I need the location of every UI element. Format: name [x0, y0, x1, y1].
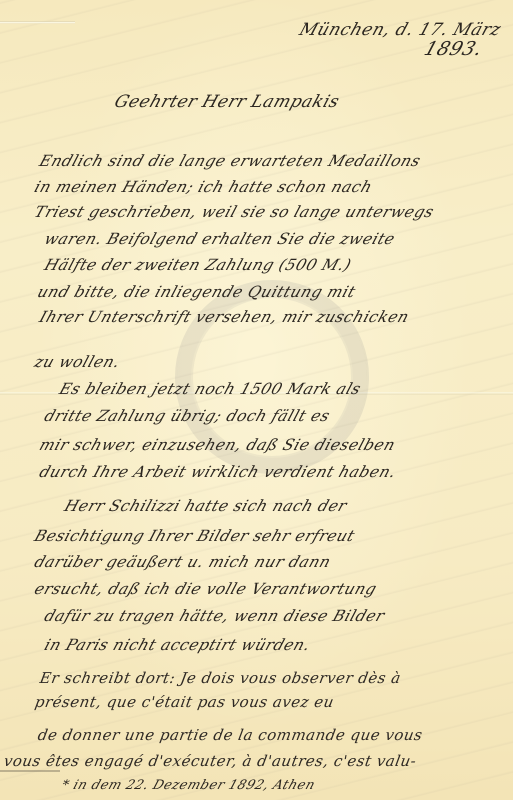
letter-line: Triest geschrieben, weil sie so lange un… [32, 203, 436, 221]
letter-line: darüber geäußert u. mich nur dann [32, 553, 333, 571]
letter-line: durch Ihre Arbeit wirklich verdient habe… [37, 463, 398, 481]
letter-line: in Paris nicht acceptirt würden. [42, 636, 313, 654]
letter-line: Herr Schilizzi hatte sich nach der [62, 497, 349, 515]
letter-salutation: Geehrter Herr Lampakis [112, 92, 342, 112]
letter-line: ersucht, daß ich die volle Verantwortung [32, 580, 379, 598]
letter-line: zu wollen. [32, 353, 123, 371]
letter-line: Es bleiben jetzt noch 1500 Mark als [57, 380, 363, 398]
letter-footnote: * in dem 22. Dezember 1892, Athen [60, 778, 317, 793]
letter-line: und bitte, die inliegende Quittung mit [35, 283, 358, 301]
letter-line: in meinen Händen; ich hatte schon nach [32, 178, 375, 196]
letter-line: mir schwer, einzusehen, daß Sie dieselbe… [37, 436, 398, 454]
letter-line: Ihrer Unterschrift versehen, mir zuschic… [37, 308, 412, 326]
letter-page: München, d. 17. März 1893. Geehrter Herr… [0, 0, 513, 800]
letter-line: Hälfte der zweiten Zahlung (500 M.) [42, 256, 354, 274]
letter-line: waren. Beifolgend erhalten Sie die zweit… [42, 230, 397, 248]
paper-fold-top [0, 21, 75, 24]
letter-line: dafür zu tragen hätte, wenn diese Bilder [42, 607, 387, 625]
letter-line: dritte Zahlung übrig; doch fällt es [42, 407, 332, 425]
letter-line-french: Er schreibt dort: Je dois vous observer … [38, 669, 402, 687]
paper-crease-bottom [0, 770, 60, 772]
letter-line-french: de donner une partie de la commande que … [36, 726, 424, 744]
letter-line-french: vous êtes engagé d'exécuter, à d'autres,… [2, 752, 418, 770]
letter-place-date: München, d. 17. März [297, 20, 504, 40]
letter-line: Endlich sind die lange erwarteten Medail… [37, 152, 423, 170]
letter-year: 1893. [421, 38, 485, 60]
letter-line-french: présent, que c'était pas vous avez eu [33, 693, 335, 711]
letter-line: Besichtigung Ihrer Bilder sehr erfreut [32, 527, 357, 545]
